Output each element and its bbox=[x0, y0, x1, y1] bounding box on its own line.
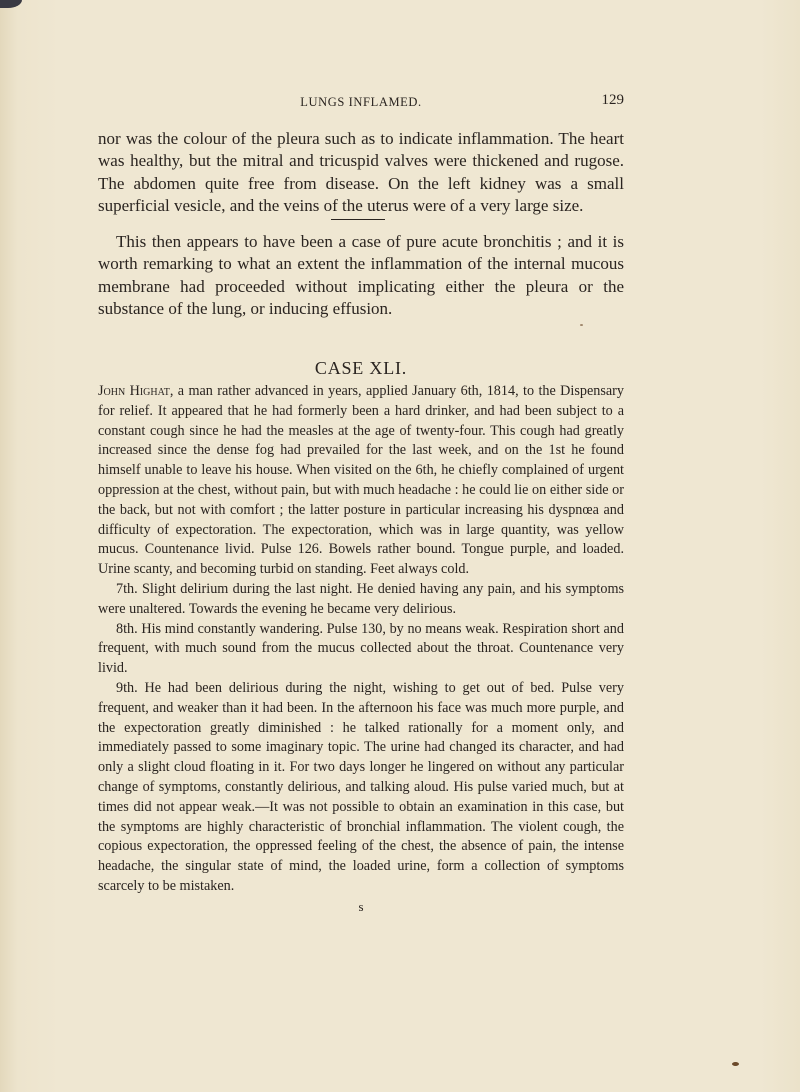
running-head: LUNGS INFLAMED. 129 bbox=[98, 92, 624, 112]
case-paragraph-7th: 7th. Slight delirium during the last nig… bbox=[98, 580, 624, 620]
case-paragraph-9th: 9th. He had been delirious during the ni… bbox=[98, 679, 624, 897]
case-paragraph-intro: John Highat, a man rather advanced in ye… bbox=[98, 382, 624, 580]
continuation-block: nor was the colour of the pleura such as… bbox=[98, 128, 624, 217]
signature-mark: s bbox=[98, 899, 624, 915]
section-divider bbox=[331, 219, 385, 220]
remark-paragraph: This then appears to have been a case of… bbox=[98, 231, 624, 320]
continuation-paragraph: nor was the colour of the pleura such as… bbox=[98, 128, 624, 217]
page-corner-shadow bbox=[0, 0, 22, 8]
running-title: LUNGS INFLAMED. bbox=[98, 95, 624, 110]
case-title: CASE XLI. bbox=[98, 358, 624, 379]
patient-name: John Highat bbox=[98, 383, 170, 399]
case-intro-text: , a man rather advanced in years, applie… bbox=[98, 383, 624, 577]
remark-block: This then appears to have been a case of… bbox=[98, 231, 624, 320]
page-number: 129 bbox=[602, 92, 625, 109]
paper-blemish bbox=[732, 1062, 739, 1066]
case-body: John Highat, a man rather advanced in ye… bbox=[98, 382, 624, 897]
book-page: LUNGS INFLAMED. 129 nor was the colour o… bbox=[0, 0, 800, 1092]
case-paragraph-8th: 8th. His mind constantly wandering. Puls… bbox=[98, 620, 624, 679]
paper-blemish bbox=[580, 324, 583, 326]
